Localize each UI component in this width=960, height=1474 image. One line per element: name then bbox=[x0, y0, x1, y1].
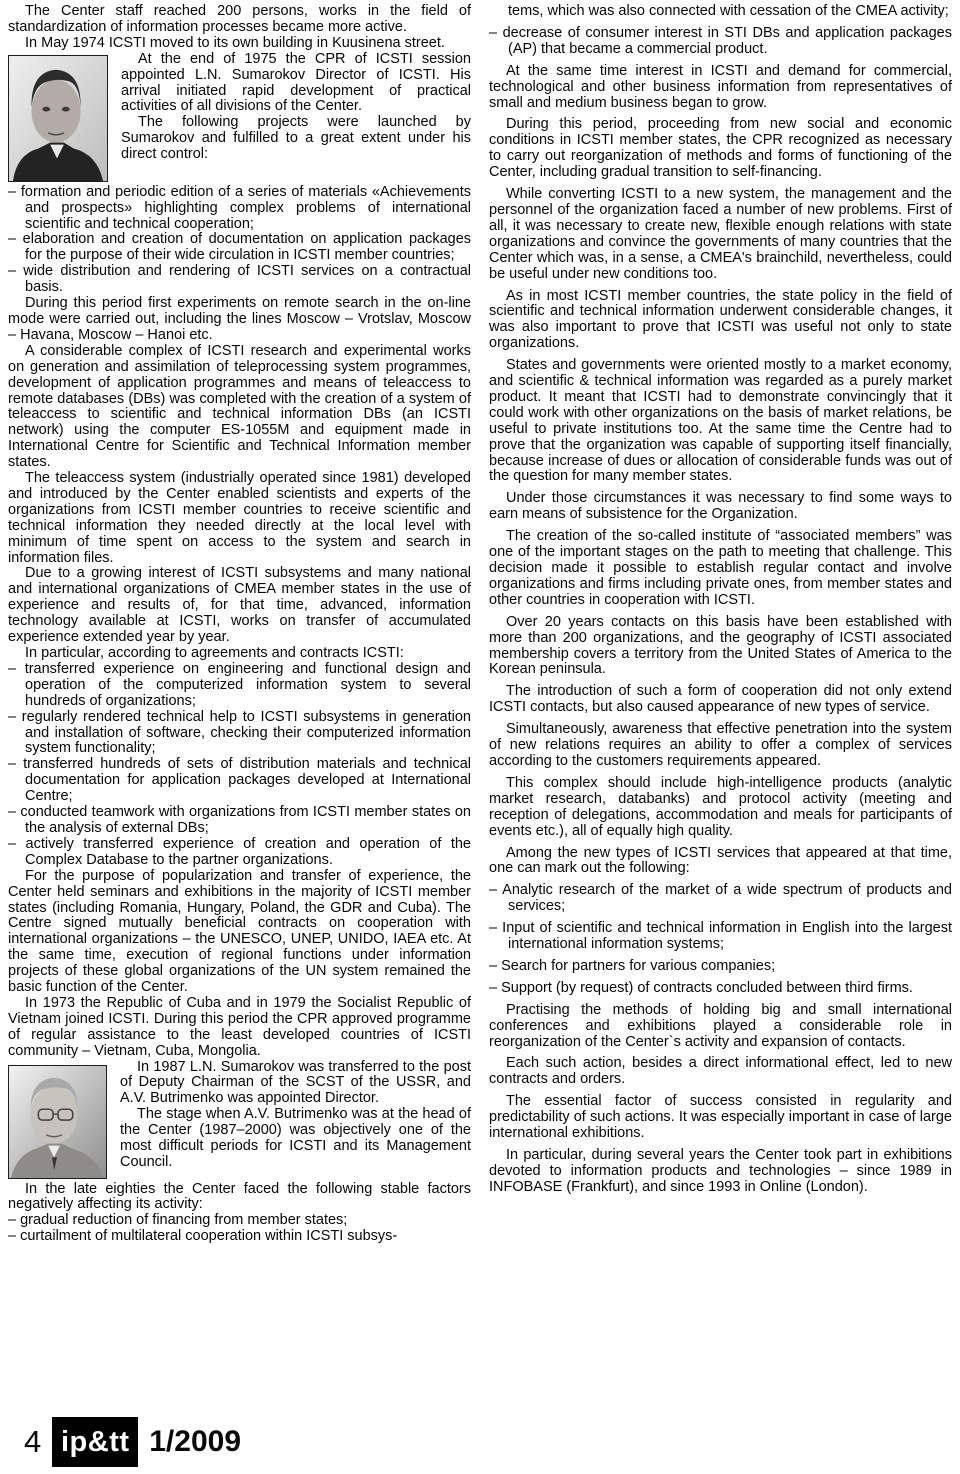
list-item: – gradual reduction of financing from me… bbox=[8, 1213, 471, 1229]
list-item-text: transferred hundreds of sets of distribu… bbox=[23, 756, 471, 804]
bullet-dash: – bbox=[8, 1212, 16, 1228]
bullet-dash: – bbox=[8, 836, 16, 852]
paragraph: The essential factor of success consiste… bbox=[489, 1094, 952, 1142]
list-item-text: curtailment of multilateral cooperation … bbox=[20, 1228, 397, 1244]
list-item: – actively transferred experience of cre… bbox=[8, 837, 471, 869]
bullet-dash: – bbox=[8, 709, 16, 725]
paragraph: Each such action, besides a direct infor… bbox=[489, 1056, 952, 1088]
continued-list-item-text: tems, which was also connected with cess… bbox=[489, 4, 952, 20]
right-column: tems, which was also connected with cess… bbox=[489, 4, 952, 1202]
paragraph: The introduction of such a form of coope… bbox=[489, 684, 952, 716]
bullet-dash: – bbox=[8, 263, 16, 279]
paragraph: The teleaccess system (industrially oper… bbox=[8, 471, 471, 566]
journal-logo: ip&tt bbox=[52, 1417, 138, 1467]
list-item-text: actively transferred experience of creat… bbox=[25, 836, 471, 868]
bullet-dash: – bbox=[8, 804, 16, 820]
bullet-dash: – bbox=[8, 184, 16, 200]
left-column: The Center staff reached 200 persons, wo… bbox=[8, 4, 471, 1245]
paragraph: Among the new types of ICSTI services th… bbox=[489, 846, 952, 878]
footer-issue-number: 1/2009 bbox=[149, 1425, 241, 1459]
list-item-text: formation and periodic edition of a seri… bbox=[21, 184, 471, 232]
paragraph: In 1973 the Republic of Cuba and in 1979… bbox=[8, 996, 471, 1060]
list-item: – regularly rendered technical help to I… bbox=[8, 710, 471, 758]
list-item-text: Support (by request) of contracts conclu… bbox=[501, 980, 913, 996]
paragraph: The Center staff reached 200 persons, wo… bbox=[8, 4, 471, 36]
bullet-dash: – bbox=[489, 882, 497, 898]
list-item-text: transferred experience on engineering an… bbox=[25, 661, 471, 709]
paragraph: This complex should include high-intelli… bbox=[489, 776, 952, 840]
paragraph: Simultaneously, awareness that effective… bbox=[489, 722, 952, 770]
bullet-dash: – bbox=[489, 25, 497, 41]
portrait-photo-butrimenko bbox=[8, 1065, 107, 1179]
bullet-dash: – bbox=[8, 231, 16, 247]
list-item-text: gradual reduction of financing from memb… bbox=[20, 1212, 347, 1228]
list-item: – wide distribution and rendering of ICS… bbox=[8, 264, 471, 296]
list-item: – formation and periodic edition of a se… bbox=[8, 185, 471, 233]
list-item: – elaboration and creation of documentat… bbox=[8, 232, 471, 264]
paragraph: A considerable complex of ICSTI research… bbox=[8, 344, 471, 471]
paragraph: In May 1974 ICSTI moved to its own build… bbox=[8, 36, 471, 52]
bullet-dash: – bbox=[8, 756, 16, 772]
list-item: – Search for partners for various compan… bbox=[489, 959, 952, 975]
list-item: – Analytic research of the market of a w… bbox=[489, 883, 952, 915]
bullet-dash: – bbox=[8, 1228, 16, 1244]
list-item-text: Analytic research of the market of a wid… bbox=[502, 882, 952, 914]
list-item: – Input of scientific and technical info… bbox=[489, 921, 952, 953]
list-item: – conducted teamwork with organizations … bbox=[8, 805, 471, 837]
paragraph: In particular, according to agreements a… bbox=[8, 646, 471, 662]
paragraph: In the late eighties the Center faced th… bbox=[8, 1182, 471, 1214]
paragraph: At the same time interest in ICSTI and d… bbox=[489, 64, 952, 112]
list-item-text: elaboration and creation of documentatio… bbox=[23, 231, 471, 263]
list-item: – curtailment of multilateral cooperatio… bbox=[8, 1229, 471, 1245]
list-item-text: conducted teamwork with organizations fr… bbox=[20, 804, 471, 836]
paragraph: Due to a growing interest of ICSTI subsy… bbox=[8, 566, 471, 646]
paragraph: The creation of the so-called institute … bbox=[489, 529, 952, 609]
page-footer: 4 ip&tt 1/2009 bbox=[24, 1417, 241, 1467]
paragraph: During this period first experiments on … bbox=[8, 296, 471, 344]
bullet-dash: – bbox=[489, 980, 497, 996]
list-item: – transferred experience on engineering … bbox=[8, 662, 471, 710]
list-item: – transferred hundreds of sets of distri… bbox=[8, 757, 471, 805]
paragraph: During this period, proceeding from new … bbox=[489, 117, 952, 181]
paragraph: As in most ICSTI member countries, the s… bbox=[489, 289, 952, 353]
portrait-photo-sumarokov bbox=[8, 55, 108, 182]
list-item-text: regularly rendered technical help to ICS… bbox=[22, 709, 471, 757]
footer-page-number: 4 bbox=[24, 1424, 41, 1460]
paragraph: Practising the methods of holding big an… bbox=[489, 1003, 952, 1051]
bullet-dash: – bbox=[8, 661, 16, 677]
paragraph: Under those circumstances it was necessa… bbox=[489, 491, 952, 523]
list-item: – decrease of consumer interest in STI D… bbox=[489, 26, 952, 58]
person-silhouette-graphic bbox=[9, 56, 107, 181]
list-item-text: Search for partners for various companie… bbox=[501, 958, 775, 974]
paragraph: Over 20 years contacts on this basis hav… bbox=[489, 615, 952, 679]
bullet-dash: – bbox=[489, 958, 497, 974]
list-item: – Support (by request) of contracts conc… bbox=[489, 981, 952, 997]
paragraph: States and governments were oriented mos… bbox=[489, 358, 952, 485]
paragraph: While converting ICSTI to a new system, … bbox=[489, 187, 952, 282]
list-item-text: wide distribution and rendering of ICSTI… bbox=[23, 263, 471, 295]
paragraph: For the purpose of popularization and tr… bbox=[8, 869, 471, 996]
list-item-text: decrease of consumer interest in STI DBs… bbox=[503, 25, 952, 57]
paragraph: In particular, during several years the … bbox=[489, 1148, 952, 1196]
list-item-text: Input of scientific and technical inform… bbox=[502, 920, 952, 952]
person-silhouette-graphic bbox=[9, 1066, 106, 1178]
bullet-dash: – bbox=[489, 920, 497, 936]
journal-page: { "marks": { "dash": "–" }, "footer": { … bbox=[0, 0, 960, 1474]
